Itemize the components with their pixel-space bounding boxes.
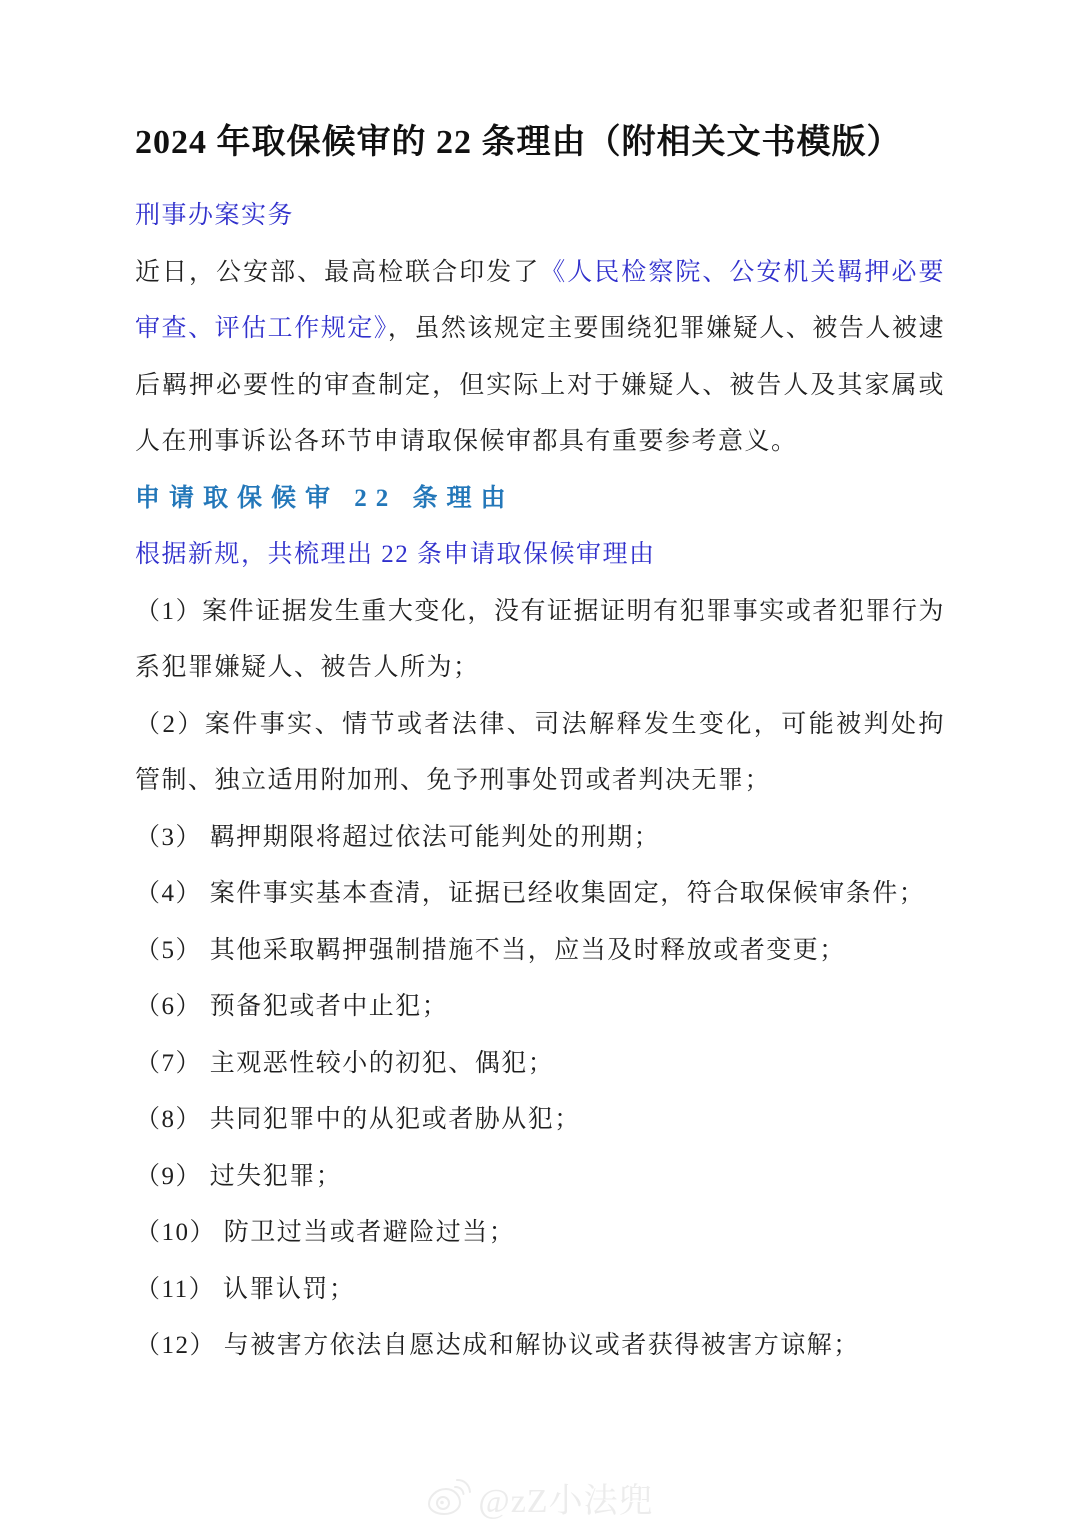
document-body: 刑事办案实务 近日，公安部、最高检联合印发了《人民检察院、公安机关羁押必要性审查…	[135, 188, 945, 1375]
text-run: 后羁押必要性的审查制定，但实际上对于嫌疑人、被告人及其家属或辩护	[135, 372, 945, 415]
text-run: （12） 与被害方依法自愿达成和解协议或者获得被害方谅解；	[135, 1332, 860, 1359]
text-run: （7） 主观恶性较小的初犯、偶犯；	[135, 1050, 554, 1077]
text-run: （6） 预备犯或者中止犯；	[135, 993, 448, 1020]
text-run: （2）案件事实、情节或者法律、司法解释发生变化，可能被判处拘役、	[135, 711, 945, 754]
category-tag: 刑事办案实务	[135, 188, 945, 245]
intro-line: 后羁押必要性的审查制定，但实际上对于嫌疑人、被告人及其家属或辩护	[135, 358, 945, 415]
document-title: 2024 年取保候审的 22 条理由（附相关文书模版）	[135, 118, 945, 168]
reason-line: （3） 羁押期限将超过依法可能判处的刑期；	[135, 810, 945, 867]
reason-line: （10） 防卫过当或者避险过当；	[135, 1205, 945, 1262]
text-run: （10） 防卫过当或者避险过当；	[135, 1219, 515, 1246]
reason-line: 管制、独立适用附加刑、免予刑事处罚或者判决无罪；	[135, 753, 945, 810]
reason-line: （8） 共同犯罪中的从犯或者胁从犯；	[135, 1092, 945, 1149]
text-run: 管制、独立适用附加刑、免予刑事处罚或者判决无罪；	[135, 767, 771, 794]
reason-line: 系犯罪嫌疑人、被告人所为；	[135, 640, 945, 697]
watermark-handle: @zZ小法兜	[478, 1473, 653, 1522]
reason-line: （11） 认罪认罚；	[135, 1262, 945, 1319]
reason-line: （1）案件证据发生重大变化，没有证据证明有犯罪事实或者犯罪行为	[135, 584, 945, 641]
section-heading: 申请取保候审 22 条理由	[135, 471, 945, 528]
text-run: （11） 认罪认罚；	[135, 1276, 355, 1303]
text-run: 人在刑事诉讼各环节申请取保候审都具有重要参考意义。	[135, 428, 798, 455]
intro-line: 近日，公安部、最高检联合印发了《人民检察院、公安机关羁押必要性	[135, 245, 945, 302]
intro-line: 人在刑事诉讼各环节申请取保候审都具有重要参考意义。	[135, 414, 945, 471]
intro-line: 审查、评估工作规定》，虽然该规定主要围绕犯罪嫌疑人、被告人被逮捕	[135, 301, 945, 358]
reason-line: （7） 主观恶性较小的初犯、偶犯；	[135, 1036, 945, 1093]
intro-paragraph: 近日，公安部、最高检联合印发了《人民检察院、公安机关羁押必要性审查、评估工作规定…	[135, 245, 945, 471]
weibo-icon	[426, 1477, 472, 1517]
text-run: （5） 其他采取羁押强制措施不当，应当及时释放或者变更；	[135, 937, 846, 964]
watermark: @zZ小法兜	[0, 1473, 1080, 1521]
section-subheading: 根据新规，共梳理出 22 条申请取保候审理由	[135, 527, 945, 584]
text-run: 系犯罪嫌疑人、被告人所为；	[135, 654, 480, 681]
text-run: 近日，公安部、最高检联合印发了	[135, 259, 540, 286]
text-run: （3） 羁押期限将超过依法可能判处的刑期；	[135, 824, 660, 851]
text-run: （9） 过失犯罪；	[135, 1163, 342, 1190]
reason-line: （9） 过失犯罪；	[135, 1149, 945, 1206]
reasons-list: （1）案件证据发生重大变化，没有证据证明有犯罪事实或者犯罪行为系犯罪嫌疑人、被告…	[135, 584, 945, 1375]
document-page: 2024 年取保候审的 22 条理由（附相关文书模版） 刑事办案实务 近日，公安…	[0, 0, 1080, 1527]
text-run: （4） 案件事实基本查清，证据已经收集固定，符合取保候审条件；	[135, 880, 925, 907]
regulation-link-text: 审查、评估工作规定》	[135, 315, 388, 342]
text-run: （8） 共同犯罪中的从犯或者胁从犯；	[135, 1106, 581, 1133]
reason-line: （12） 与被害方依法自愿达成和解协议或者获得被害方谅解；	[135, 1318, 945, 1375]
reason-line: （6） 预备犯或者中止犯；	[135, 979, 945, 1036]
reason-line: （4） 案件事实基本查清，证据已经收集固定，符合取保候审条件；	[135, 866, 945, 923]
reason-line: （2）案件事实、情节或者法律、司法解释发生变化，可能被判处拘役、	[135, 697, 945, 754]
reason-line: （5） 其他采取羁押强制措施不当，应当及时释放或者变更；	[135, 923, 945, 980]
text-run: （1）案件证据发生重大变化，没有证据证明有犯罪事实或者犯罪行为	[135, 598, 945, 625]
